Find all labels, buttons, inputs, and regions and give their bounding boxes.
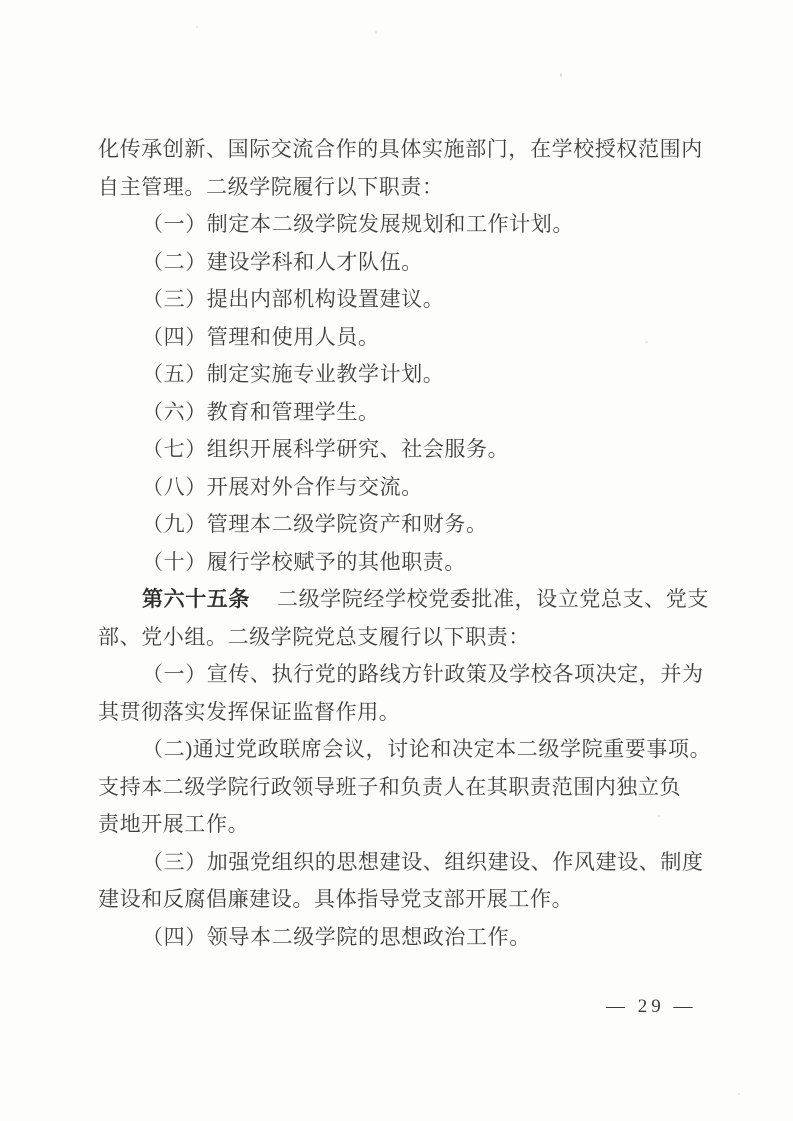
scan-speck bbox=[658, 815, 660, 817]
list-item-1: （一）制定本二级学院发展规划和工作计划。 bbox=[98, 206, 708, 244]
text-line: 建设和反腐倡廉建设。具体指导党支部开展工作。 bbox=[98, 881, 708, 919]
scan-speck bbox=[375, 31, 377, 34]
list-item-10: （十）履行学校赋予的其他职责。 bbox=[98, 544, 708, 582]
scan-speck bbox=[645, 341, 648, 343]
text-line: 支持本二级学院行政领导班子和负责人在其职责范围内独立负 bbox=[98, 769, 708, 807]
list-item-3: （三）提出内部机构设置建议。 bbox=[98, 281, 708, 319]
list-item-7: （七）组织开展科学研究、社会服务。 bbox=[98, 431, 708, 469]
article-text: 二级学院经学校党委批准，设立党总支、党支 bbox=[277, 587, 709, 611]
article-65-heading-line: 第六十五条二级学院经学校党委批准，设立党总支、党支 bbox=[98, 581, 708, 619]
text-line: 自主管理。二级学院履行以下职责： bbox=[98, 169, 708, 207]
text-line: 部、党小组。二级学院党总支履行以下职责： bbox=[98, 619, 708, 657]
list-item-party-4: （四）领导本二级学院的思想政治工作。 bbox=[98, 919, 708, 957]
list-item-9: （九）管理本二级学院资产和财务。 bbox=[98, 506, 708, 544]
text-line: 责地开展工作。 bbox=[98, 806, 708, 844]
list-item-5: （五）制定实施专业教学计划。 bbox=[98, 356, 708, 394]
list-item-4: （四）管理和使用人员。 bbox=[98, 319, 708, 357]
scan-speck bbox=[196, 26, 198, 28]
list-item-party-1: （一）宣传、执行党的路线方针政策及学校各项决定，并为 bbox=[98, 656, 708, 694]
article-number: 第六十五条 bbox=[142, 587, 250, 611]
list-item-party-3: （三）加强党组织的思想建设、组织建设、作风建设、制度 bbox=[98, 844, 708, 882]
list-item-party-2: （二)通过党政联席会议，讨论和决定本二级学院重要事项。 bbox=[98, 731, 708, 769]
document-page: 化传承创新、国际交流合作的具体实施部门，在学校授权范围内 自主管理。二级学院履行… bbox=[0, 0, 793, 1121]
list-item-8: （八）开展对外合作与交流。 bbox=[98, 469, 708, 507]
scan-speck bbox=[560, 73, 562, 77]
text-line: 化传承创新、国际交流合作的具体实施部门，在学校授权范围内 bbox=[98, 131, 708, 169]
scan-speck bbox=[738, 1093, 740, 1095]
document-text-block: 化传承创新、国际交流合作的具体实施部门，在学校授权范围内 自主管理。二级学院履行… bbox=[98, 131, 708, 956]
list-item-2: （二）建设学科和人才队伍。 bbox=[98, 244, 708, 282]
page-number: — 29 — bbox=[606, 996, 716, 1018]
list-item-6: （六）教育和管理学生。 bbox=[98, 394, 708, 432]
text-line: 其贯彻落实发挥保证监督作用。 bbox=[98, 694, 708, 732]
